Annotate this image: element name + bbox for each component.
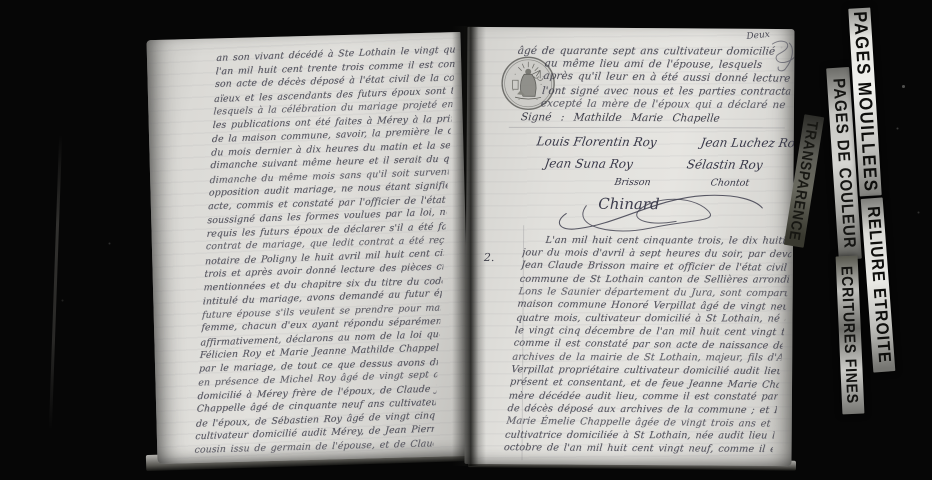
signature: Sélastin Roy <box>686 157 764 172</box>
signature-row: Louis Florentin Roy Jean Luchez Roy <box>536 134 795 150</box>
signature: Jean Suna Roy <box>544 156 634 171</box>
manuscript-line: L'an mil huit cent cinquante trois, le d… <box>545 234 793 248</box>
manuscript-line: quatre mois, cultivateur domicilié à St … <box>515 312 785 326</box>
manuscript-line: âgé de quarante sept ans cultivateur dom… <box>517 45 794 59</box>
act2-text: L'an mil huit cent cinquante trois, le d… <box>464 233 793 456</box>
act1-text: âgé de quarante sept ans cultivateur dom… <box>464 44 794 112</box>
register-right-page: Deux âgé de quarante sept ans <box>464 27 794 466</box>
signature: Jean Luchez Roy <box>700 136 795 151</box>
mayor-signature-name: Chinard <box>598 195 659 213</box>
signature-row: Jean Suna Roy Sélastin Roy <box>544 156 764 172</box>
manuscript-line: archives de la mairie de St Lothain, maj… <box>512 351 782 365</box>
signe-line: Signé : Mathilde Marie Chapelle <box>520 111 720 124</box>
manuscript-line: excepté la mère de l'époux qui a déclaré… <box>540 97 789 112</box>
manuscript-line: l'ont signé avec nous et les parties con… <box>541 84 790 98</box>
manuscript-line: cultivatrice domiciliée à St Lothain, né… <box>504 429 774 443</box>
ruled-separator <box>509 127 785 128</box>
manuscript-line: octobre de l'an mil huit cent vingt neuf… <box>503 441 773 456</box>
mayor-signature-flourish: Chinard <box>552 177 770 237</box>
register-left-page: an son vivant décédé à Ste Lothain le vi… <box>147 32 472 464</box>
archive-strip-label: ECRITURES FINES <box>838 266 862 405</box>
archive-strip-reliure-etroite: RELIURE ETROITE <box>861 197 896 372</box>
manuscript-line: commune de St Lothain canton de Sellière… <box>519 273 789 287</box>
archive-strip-ecritures-fines: ECRITURES FINES <box>836 256 865 415</box>
stray-page-edge <box>49 135 62 430</box>
signature: Louis Florentin Roy <box>536 134 658 149</box>
dust-specks <box>0 0 1 1</box>
manuscript-line: après qu'il leur en à été aussi donné le… <box>543 70 792 86</box>
archive-strip-label: RELIURE ETROITE <box>862 206 894 365</box>
left-page-text: an son vivant décédé à Ste Lothain le vi… <box>194 44 456 457</box>
manuscript-line: mère décédée audit lieu, comme il est co… <box>508 390 778 404</box>
